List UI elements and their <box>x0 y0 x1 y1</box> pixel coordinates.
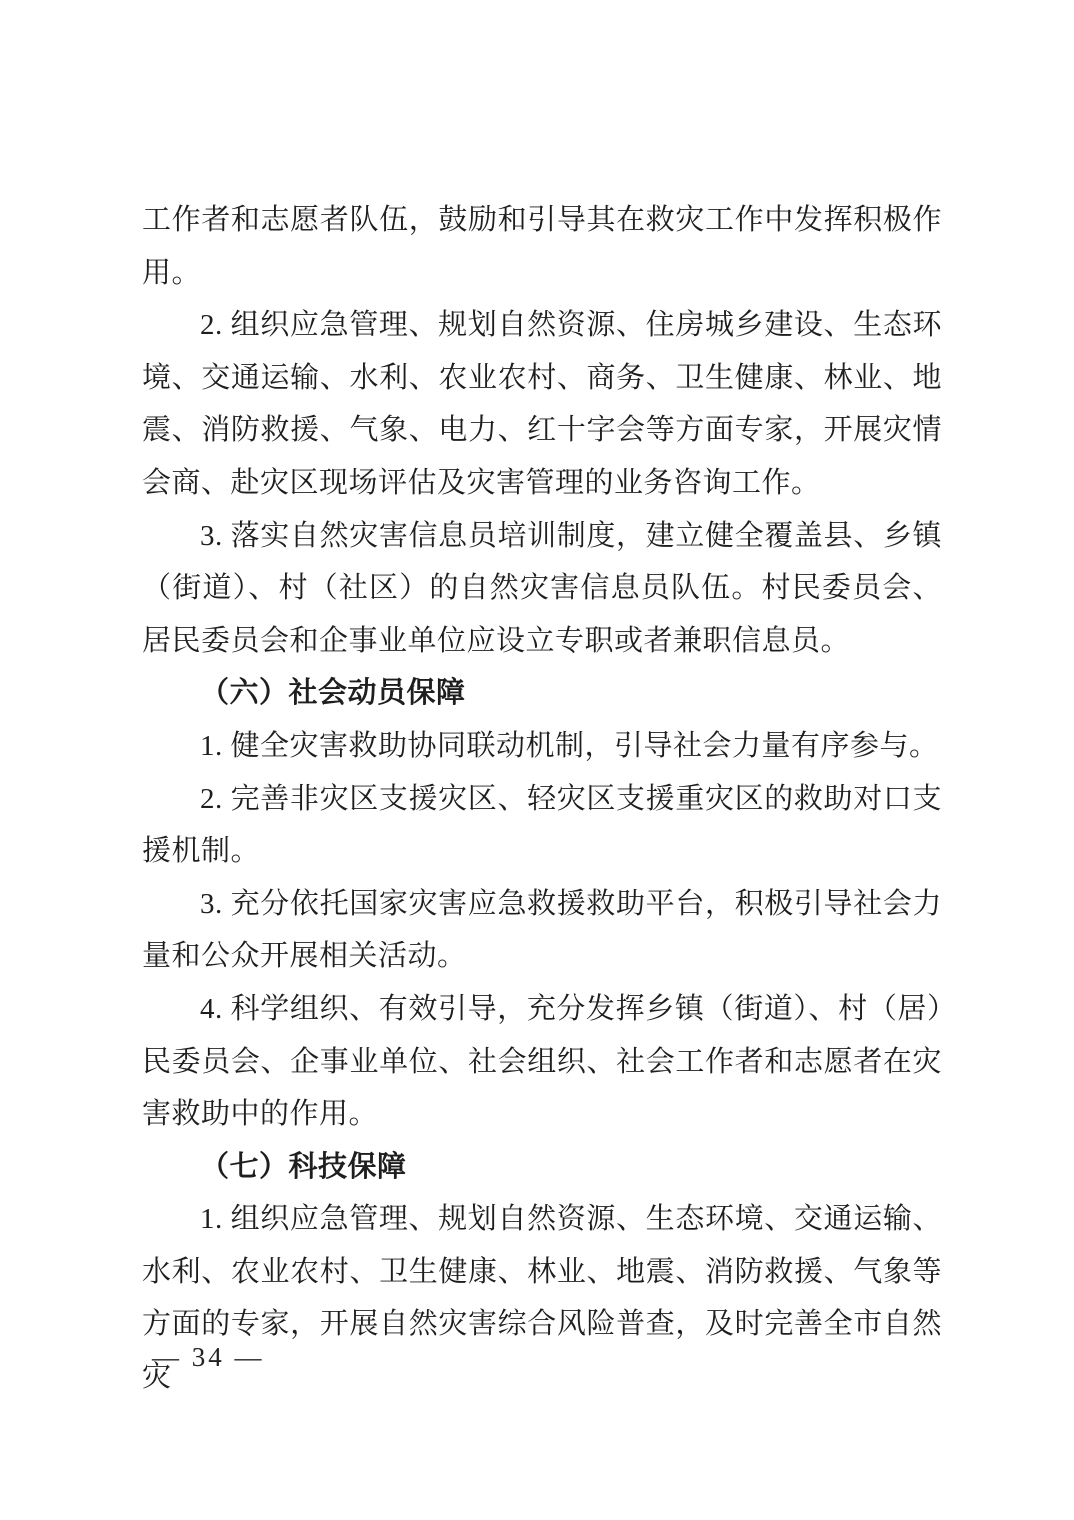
paragraph: 工作者和志愿者队伍，鼓励和引导其在救灾工作中发挥积极作用。 <box>142 194 942 299</box>
paragraph: 2. 组织应急管理、规划自然资源、住房城乡建设、生态环境、交通运输、水利、农业农… <box>142 299 942 509</box>
page-number: — 34 — <box>152 1342 265 1373</box>
paragraph: 1. 健全灾害救助协同联动机制，引导社会力量有序参与。 <box>142 720 942 773</box>
document-page: 工作者和志愿者队伍，鼓励和引导其在救灾工作中发挥积极作用。 2. 组织应急管理、… <box>0 0 1074 1520</box>
document-body: 工作者和志愿者队伍，鼓励和引导其在救灾工作中发挥积极作用。 2. 组织应急管理、… <box>142 194 942 1404</box>
paragraph: 3. 充分依托国家灾害应急救援救助平台，积极引导社会力量和公众开展相关活动。 <box>142 878 942 983</box>
section-heading: （七）科技保障 <box>142 1141 942 1194</box>
paragraph: 2. 完善非灾区支援灾区、轻灾区支援重灾区的救助对口支援机制。 <box>142 773 942 878</box>
paragraph: 3. 落实自然灾害信息员培训制度，建立健全覆盖县、乡镇（街道）、村（社区）的自然… <box>142 510 942 668</box>
section-heading: （六）社会动员保障 <box>142 667 942 720</box>
paragraph: 4. 科学组织、有效引导，充分发挥乡镇（街道）、村（居）民委员会、企事业单位、社… <box>142 983 942 1141</box>
